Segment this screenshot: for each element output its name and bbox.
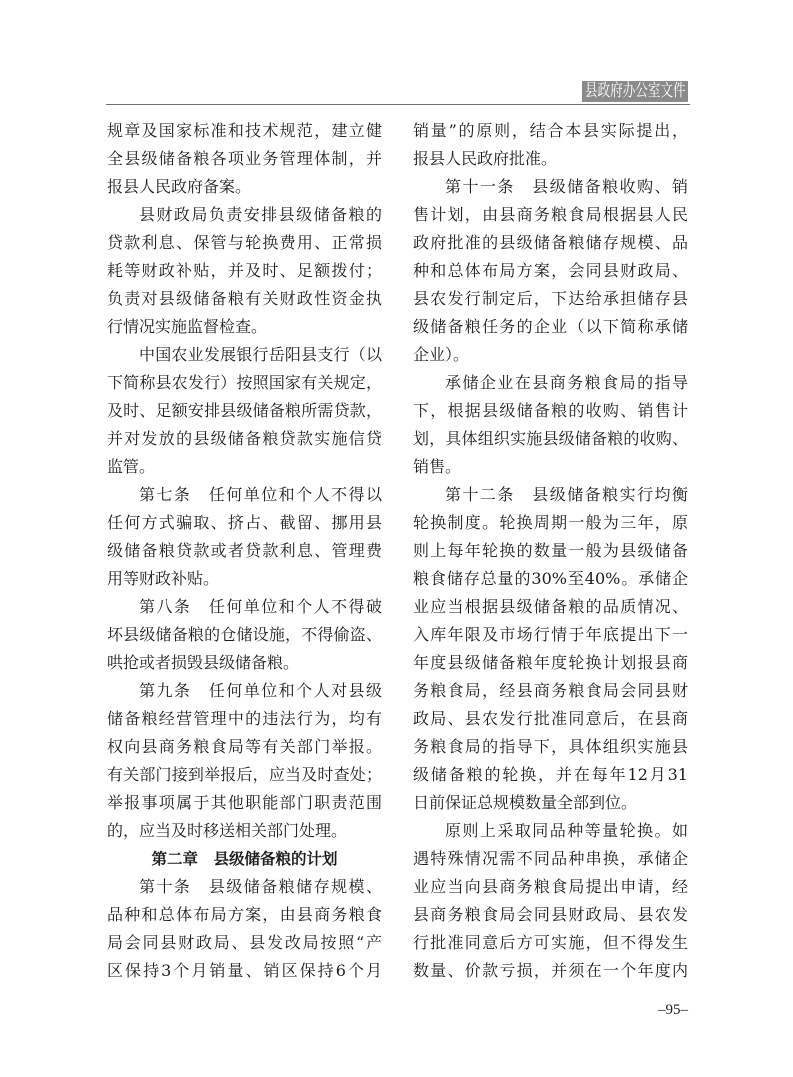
text-line: 储备粮经营管理中的违法行为，均有: [107, 705, 382, 733]
text-line: 的，应当及时移送相关部门处理。: [107, 817, 382, 845]
text-line: 日前保证总规模数量全部到位。: [413, 789, 688, 817]
text-line: 种和总体布局方案，会同县财政局、: [413, 257, 688, 285]
text-line: 遇特殊情况需不同品种串换，承储企: [413, 845, 688, 873]
header-divider: [106, 104, 690, 105]
text-line: 销量”的原则，结合本县实际提出，: [413, 117, 688, 145]
article-9-line: 第九条 任何单位和个人对县级: [107, 677, 382, 705]
text-line: 售计划，由县商务粮食局根据县人民: [413, 201, 688, 229]
text-line: 坏县级储备粮的仓储设施，不得偷盗、: [107, 621, 382, 649]
text-line: 权向县商务粮食局等有关部门举报。: [107, 733, 382, 761]
text-line: 业应当向县商务粮食局提出申请，经: [413, 873, 688, 901]
page-number: –95–: [658, 1000, 688, 1020]
paragraph-start-line: 县财政局负责安排县级储备粮的: [107, 201, 382, 229]
text-line: 划，具体组织实施县级储备粮的收购、: [413, 425, 688, 453]
text-line: 级储备粮任务的企业（以下简称承储: [413, 313, 688, 341]
text-line: 级储备粮的轮换，并在每年12月31: [413, 761, 688, 789]
text-line: 下，根据县级储备粮的收购、销售计: [413, 397, 688, 425]
article-7-line: 第七条 任何单位和个人不得以: [107, 481, 382, 509]
text-line: 业应当根据县级储备粮的品质情况、: [413, 593, 688, 621]
text-line: 报县人民政府批准。: [413, 145, 688, 173]
right-text-column: 销量”的原则，结合本县实际提出， 报县人民政府批准。 第十一条 县级储备粮收购、…: [413, 117, 688, 985]
chapter-heading: 第二章 县级储备粮的计划: [107, 845, 382, 873]
text-line: 入库年限及市场行情于年底提出下一: [413, 621, 688, 649]
paragraph-start-line: 中国农业发展银行岳阳县支行（以: [107, 341, 382, 369]
text-line: 及时、足额安排县级储备粮所需贷款，: [107, 397, 382, 425]
text-line: 举报事项属于其他职能部门职责范围: [107, 789, 382, 817]
section-header-label: 县政府办公室文件: [582, 81, 688, 102]
article-12-line: 第十二条 县级储备粮实行均衡: [413, 481, 688, 509]
text-line: 区保持3个月销量、销区保持6个月: [107, 957, 382, 985]
text-line: 负责对县级储备粮有关财政性资金执: [107, 285, 382, 313]
section-header-tab: 县政府办公室文件: [582, 81, 688, 102]
article-11-line: 第十一条 县级储备粮收购、销: [413, 173, 688, 201]
left-text-column: 规章及国家标准和技术规范，建立健 全县级储备粮各项业务管理体制，并 报县人民政府…: [107, 117, 382, 985]
text-line: 政府批准的县级储备粮储存规模、品: [413, 229, 688, 257]
text-line: 规章及国家标准和技术规范，建立健: [107, 117, 382, 145]
text-line: 贷款利息、保管与轮换费用、正常损: [107, 229, 382, 257]
text-line: 销售。: [413, 453, 688, 481]
text-line: 用等财政补贴。: [107, 565, 382, 593]
article-10-line: 第十条 县级储备粮储存规模、: [107, 873, 382, 901]
text-line: 耗等财政补贴，并及时、足额拨付；: [107, 257, 382, 285]
text-line: 任何方式骗取、挤占、截留、挪用县: [107, 509, 382, 537]
paragraph-start-line: 承储企业在县商务粮食局的指导: [413, 369, 688, 397]
text-line: 并对发放的县级储备粮贷款实施信贷: [107, 425, 382, 453]
text-line: 哄抢或者损毁县级储备粮。: [107, 649, 382, 677]
text-line: 全县级储备粮各项业务管理体制，并: [107, 145, 382, 173]
text-line: 下简称县农发行）按照国家有关规定，: [107, 369, 382, 397]
text-line: 粮食储存总量的30%至40%。承储企: [413, 565, 688, 593]
text-line: 局会同县财政局、县发改局按照“产: [107, 929, 382, 957]
text-line: 政局、县农发行批准同意后，在县商: [413, 705, 688, 733]
article-8-line: 第八条 任何单位和个人不得破: [107, 593, 382, 621]
text-line: 县农发行制定后，下达给承担储存县: [413, 285, 688, 313]
text-line: 数量、价款亏损，并须在一个年度内: [413, 957, 688, 985]
text-line: 报县人民政府备案。: [107, 173, 382, 201]
text-line: 级储备粮贷款或者贷款利息、管理费: [107, 537, 382, 565]
text-line: 务粮食局的指导下，具体组织实施县: [413, 733, 688, 761]
text-line: 轮换制度。轮换周期一般为三年，原: [413, 509, 688, 537]
text-line: 县商务粮食局会同县财政局、县农发: [413, 901, 688, 929]
text-line: 行批准同意后方可实施，但不得发生: [413, 929, 688, 957]
text-line: 行情况实施监督检查。: [107, 313, 382, 341]
text-line: 务粮食局，经县商务粮食局会同县财: [413, 677, 688, 705]
text-line: 企业）。: [413, 341, 688, 369]
text-line: 则上每年轮换的数量一般为县级储备: [413, 537, 688, 565]
text-line: 年度县级储备粮年度轮换计划报县商: [413, 649, 688, 677]
text-line: 品种和总体布局方案，由县商务粮食: [107, 901, 382, 929]
text-line: 监管。: [107, 453, 382, 481]
paragraph-start-line: 原则上采取同品种等量轮换。如: [413, 817, 688, 845]
text-line: 有关部门接到举报后，应当及时查处；: [107, 761, 382, 789]
